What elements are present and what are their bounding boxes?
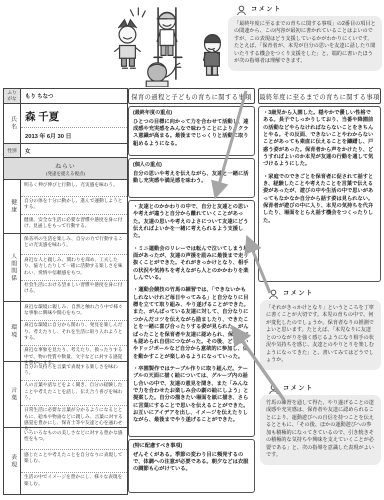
special-care-label: (特に配慮すべき事項) [133, 443, 250, 450]
special-care-box: (特に配慮すべき事項) ぜんそくがある。季節の変わり目に頻発するので、体調への注… [128, 439, 255, 493]
process-column: 保育の過程と子どもの育ちに関する事項 (最終年度の重点) ひとつの目標に向かって… [128, 88, 255, 493]
personal-focus-box: (個人の重点) 自分の思いや考えを伝えながら、友達と一緒に活動し充実感や満足感を… [128, 158, 255, 198]
comment-label: コメント [283, 288, 314, 297]
comment-2: コメント 「それがきっかけとなり」というところを丁寧に書くことが大切です。本児の… [260, 287, 381, 370]
comment-2-bubble: 「それがきっかけとなり」というところを丁寧に書くことが大切です。本児の育ちの中で… [260, 300, 381, 370]
process-header: 保育の過程と子どもの育ちに関する事項 [128, 88, 255, 104]
category-language: 言葉 自分の気持ちを言葉で表現する楽しさを味わう。 人の言葉や話などをよく聞き、… [4, 362, 127, 428]
aim-item: 自分の体を十分に動かし、進んで運動しようとする。 [21, 197, 127, 216]
furigana-row: ふり がな もり ちなつ [4, 89, 127, 104]
process-entry: ・卒園製作ではテーブル作りに取り組んだ。テーブルの天面に描く絵については、グルー… [133, 366, 250, 425]
process-entry: ・友達とのかかわりの中で、自分と友達との思いや考えが違うと自分から離れていくこと… [133, 204, 250, 241]
final-year-focus-label: (最終年度の重点) [133, 110, 250, 117]
process-entry: ・ミニ運動会のリレーでは転んで泣いてしまう場面があったが、友達の声援を励みに最後… [133, 246, 250, 283]
process-entries-box: ・友達とのかかわりの中で、自分と友達との思いや考えが違うと自分から離れていくこと… [128, 200, 255, 437]
category-environment: 環境 身近な環境に親しみ、自然と触れ合う中で様々な事象に興味や関心をもつ。 身近… [4, 302, 127, 362]
history-entry: ・3歳児から入園した。穏やかで優しい性格である。長子でしっかりしており、当番や降… [263, 110, 376, 169]
comment-3-header: コメント [268, 382, 381, 393]
aim-item: 身近な環境に親しみ、自然と触れ合う中で様々な事象に興味や関心をもつ。 [21, 302, 127, 321]
history-header: 最終年度に至るまでの育ちに関する事項 [258, 88, 381, 104]
gender-label: 性別 [4, 144, 21, 157]
person-icon [268, 287, 279, 298]
category-label: 人間関係 [4, 234, 21, 301]
process-entry: ・運動会競技の竹馬の練習では、「できないかもしれないけれど毎日やってみる」と自分… [133, 287, 250, 360]
person-icon [236, 3, 247, 14]
aim-item: 社会生活における望ましい習慣や態度を身に付ける。 [21, 281, 127, 301]
category-health: 健康 明るく伸び伸びと行動し、充実感を味わう。 自分の体を十分に動かし、進んで運… [4, 180, 127, 234]
history-column: 最終年度に至るまでの育ちに関する事項 ・3歳児から入園した。穏やかで優しい性格で… [258, 88, 381, 282]
gender-value: 女 [21, 144, 127, 157]
aims-subtitle: (発達を捉える視点) [4, 171, 127, 177]
history-entry: ・家庭でのできごとを保育者に促されて話すとき、経験したことや考えたことを言葉で伝… [263, 174, 376, 225]
aim-item: 身近な人と親しみ、関わりを深め、工夫したり、協力したりして一緒に活動する楽しさを… [21, 255, 127, 280]
comment-1-bubble: 「最終年度に至るまでの育ちに関する事項」の2番目の項目との関連から、この内容が最… [228, 16, 382, 71]
aims-header: ねらい (発達を捉える視点) [4, 158, 127, 180]
aim-item: 健康、安全な生活に必要な習慣や態度を身に付け、見通しをもって行動する。 [21, 215, 127, 233]
aim-item: 人の言葉や話などをよく聞き、自分の経験したことや考えたことを話し、伝え合う喜びを… [21, 381, 127, 406]
category-expression: 表現 いろいろなものの美しさなどに対する豊かな感性をもつ。 感じたことや考えたこ… [4, 428, 127, 494]
children-illustration [96, 2, 236, 87]
furigana-value: もり ちなつ [21, 89, 127, 103]
category-label: 環境 [4, 302, 21, 361]
name-row: 氏名 森 千夏 2013 年 6月 30 日 [4, 104, 127, 144]
category-relationships: 人間関係 保育所の生活を楽しみ、自分の力で行動することの充実感を味わう。 身近な… [4, 234, 127, 302]
aim-item: 保育所の生活を楽しみ、自分の力で行動することの充実感を味わう。 [21, 234, 127, 255]
aim-item: いろいろなものの美しさなどに対する豊かな感性をもつ。 [21, 428, 127, 450]
aim-item: 生活の中でイメージを豊かにし、様々な表現を楽しむ。 [21, 473, 127, 494]
comment-label: コメント [283, 383, 314, 392]
final-year-focus-text: ひとつの目標に向かって力を合わせて活動し、達成感や充実感をみんなで味わうことによ… [133, 119, 250, 148]
comment-1-header: コメント [236, 3, 382, 14]
person-icon [268, 382, 279, 393]
aim-item: 明るく伸び伸びと行動し、充実感を味わう。 [21, 180, 127, 197]
comment-2-header: コメント [268, 287, 381, 298]
gender-row: 性別 女 [4, 144, 127, 158]
aim-item: 身近な環境に自分から関わり、発見を楽しんだり、考えたりし、それを生活に取り入れよ… [21, 321, 127, 346]
comment-3-bubble: 竹馬の練習を通して得た、やり遂げることの達成感や充実感は、保育者や友達に認められ… [260, 395, 381, 465]
comment-label: コメント [251, 4, 282, 13]
category-label: 表現 [4, 428, 21, 494]
birthdate: 2013 年 6月 30 日 [21, 128, 127, 143]
name-label: 氏名 [4, 104, 21, 143]
personal-focus-label: (個人の重点) [133, 162, 250, 169]
aim-item: 自分の気持ちを言葉で表現する楽しさを味わう。 [21, 362, 127, 381]
comment-1: コメント 「最終年度に至るまでの育ちに関する事項」の2番目の項目との関連から、こ… [228, 3, 382, 71]
record-page: コメント 「最終年度に至るまでの育ちに関する事項」の2番目の項目との関連から、こ… [0, 0, 384, 500]
furigana-label: ふり がな [4, 89, 21, 103]
category-label: 健康 [4, 180, 21, 233]
history-entries-box: ・3歳児から入園した。穏やかで優しい性格である。長子でしっかりしており、当番や降… [258, 106, 381, 282]
personal-focus-text: 自分の思いや考えを伝えながら、友達と一緒に活動し充実感や満足感を味わう。 [133, 171, 250, 186]
child-name: 森 千夏 [21, 104, 127, 128]
aim-item: 感じたことや考えたことを自分なりに表現して楽しむ。 [21, 450, 127, 472]
comment-3: コメント 竹馬の練習を通して得た、やり遂げることの達成感や充実感は、保育者や友達… [260, 382, 381, 465]
child-info-table: ふり がな もり ちなつ 氏名 森 千夏 2013 年 6月 30 日 性別 女… [3, 88, 128, 495]
final-year-focus-box: (最終年度の重点) ひとつの目標に向かって力を合わせて活動し、達成感や充実感をみ… [128, 106, 255, 156]
category-label: 言葉 [4, 362, 21, 427]
special-care-text: ぜんそくがある。季節の変わり目に頻発するので、体調への注意が必要である。朝夕など… [133, 452, 250, 474]
aims-title: ねらい [4, 161, 127, 170]
